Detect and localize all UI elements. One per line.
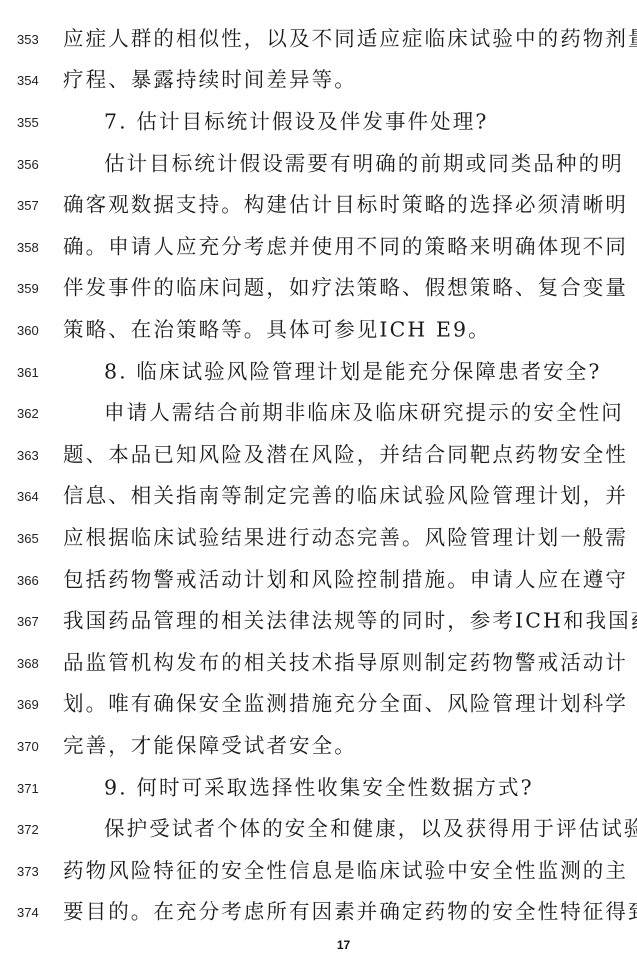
line-text: 保护受试者个体的安全和健康，以及获得用于评估试验: [104, 812, 629, 842]
line-number: 353: [17, 32, 47, 47]
text-line: 374 要目的。在充分考虑所有因素并确定药物的安全性特征得到: [0, 891, 637, 933]
line-number: 358: [17, 240, 47, 255]
text-line: 368 品监管机构发布的相关技术指导原则制定药物警戒活动计: [0, 641, 637, 683]
line-text: 应根据临床试验结果进行动态完善。风险管理计划一般需: [63, 520, 629, 550]
line-text: 估计目标统计假设需要有明确的前期或同类品种的明: [104, 146, 629, 176]
line-number: 363: [17, 448, 47, 463]
section-heading-7: 7. 估计目标统计假设及伴发事件处理?: [104, 104, 629, 134]
line-text: 要目的。在充分考虑所有因素并确定药物的安全性特征得到: [63, 895, 629, 925]
section-heading-9: 9. 何时可采取选择性收集安全性数据方式?: [104, 770, 629, 800]
text-line: 372 保护受试者个体的安全和健康，以及获得用于评估试验: [0, 807, 637, 849]
page-number: 17: [0, 938, 637, 952]
line-number: 372: [17, 822, 47, 837]
text-line: 360 策略、在治策略等。具体可参见ICH E9。: [0, 308, 637, 350]
line-text: 品监管机构发布的相关技术指导原则制定药物警戒活动计: [63, 645, 629, 675]
line-number: 368: [17, 656, 47, 671]
text-line: 358 确。申请人应充分考虑并使用不同的策略来明确体现不同: [0, 225, 637, 267]
line-text: 药物风险特征的安全性信息是临床试验中安全性监测的主: [63, 853, 629, 883]
text-line: 364 信息、相关指南等制定完善的临床试验风险管理计划，并: [0, 475, 637, 517]
line-number: 366: [17, 573, 47, 588]
line-number: 354: [17, 73, 47, 88]
line-number: 362: [17, 406, 47, 421]
section-heading-line: 361 8. 临床试验风险管理计划是能充分保障患者安全?: [0, 350, 637, 392]
line-text: 确客观数据支持。构建估计目标时策略的选择必须清晰明: [63, 188, 629, 218]
line-number: 364: [17, 489, 47, 504]
section-heading-8: 8. 临床试验风险管理计划是能充分保障患者安全?: [104, 354, 629, 384]
line-number: 373: [17, 864, 47, 879]
text-line: 363 题、本品已知风险及潜在风险，并结合同靶点药物安全性: [0, 433, 637, 475]
line-number: 365: [17, 531, 47, 546]
line-text: 疗程、暴露持续时间差异等。: [63, 63, 629, 93]
line-number: 361: [17, 365, 47, 380]
section-heading-line: 371 9. 何时可采取选择性收集安全性数据方式?: [0, 766, 637, 808]
line-text: 申请人需结合前期非临床及临床研究提示的安全性问: [104, 396, 629, 426]
text-line: 362 申请人需结合前期非临床及临床研究提示的安全性问: [0, 391, 637, 433]
line-number: 374: [17, 905, 47, 920]
line-text: 包括药物警戒活动计划和风险控制措施。申请人应在遵守: [63, 562, 629, 592]
section-heading-line: 355 7. 估计目标统计假设及伴发事件处理?: [0, 100, 637, 142]
line-number: 360: [17, 323, 47, 338]
line-number: 355: [17, 115, 47, 130]
line-number: 367: [17, 614, 47, 629]
line-text: 确。申请人应充分考虑并使用不同的策略来明确体现不同: [63, 229, 629, 259]
line-text: 信息、相关指南等制定完善的临床试验风险管理计划，并: [63, 479, 629, 509]
text-line: 365 应根据临床试验结果进行动态完善。风险管理计划一般需: [0, 516, 637, 558]
line-text: 应症人群的相似性，以及不同适应症临床试验中的药物剂量、: [63, 21, 629, 51]
line-number: 370: [17, 739, 47, 754]
line-text: 题、本品已知风险及潜在风险，并结合同靶点药物安全性: [63, 437, 629, 467]
line-text: 我国药品管理的相关法律法规等的同时，参考ICH和我国药: [63, 604, 629, 634]
text-line: 357 确客观数据支持。构建估计目标时策略的选择必须清晰明: [0, 183, 637, 225]
line-number: 359: [17, 281, 47, 296]
line-number: 371: [17, 781, 47, 796]
text-line: 356 估计目标统计假设需要有明确的前期或同类品种的明: [0, 142, 637, 184]
line-text: 伴发事件的临床问题，如疗法策略、假想策略、复合变量: [63, 271, 629, 301]
line-number: 357: [17, 198, 47, 213]
line-number: 356: [17, 157, 47, 172]
text-line: 366 包括药物警戒活动计划和风险控制措施。申请人应在遵守: [0, 558, 637, 600]
line-number: 369: [17, 697, 47, 712]
text-line: 359 伴发事件的临床问题，如疗法策略、假想策略、复合变量: [0, 267, 637, 309]
text-line: 373 药物风险特征的安全性信息是临床试验中安全性监测的主: [0, 849, 637, 891]
text-line: 370 完善，才能保障受试者安全。: [0, 724, 637, 766]
line-text: 完善，才能保障受试者安全。: [63, 728, 629, 758]
text-line: 353 应症人群的相似性，以及不同适应症临床试验中的药物剂量、: [0, 17, 637, 59]
text-line: 369 划。唯有确保安全监测措施充分全面、风险管理计划科学: [0, 683, 637, 725]
line-text: 策略、在治策略等。具体可参见ICH E9。: [63, 312, 629, 342]
text-line: 367 我国药品管理的相关法律法规等的同时，参考ICH和我国药: [0, 599, 637, 641]
line-text: 划。唯有确保安全监测措施充分全面、风险管理计划科学: [63, 687, 629, 717]
text-line: 354 疗程、暴露持续时间差异等。: [0, 59, 637, 101]
